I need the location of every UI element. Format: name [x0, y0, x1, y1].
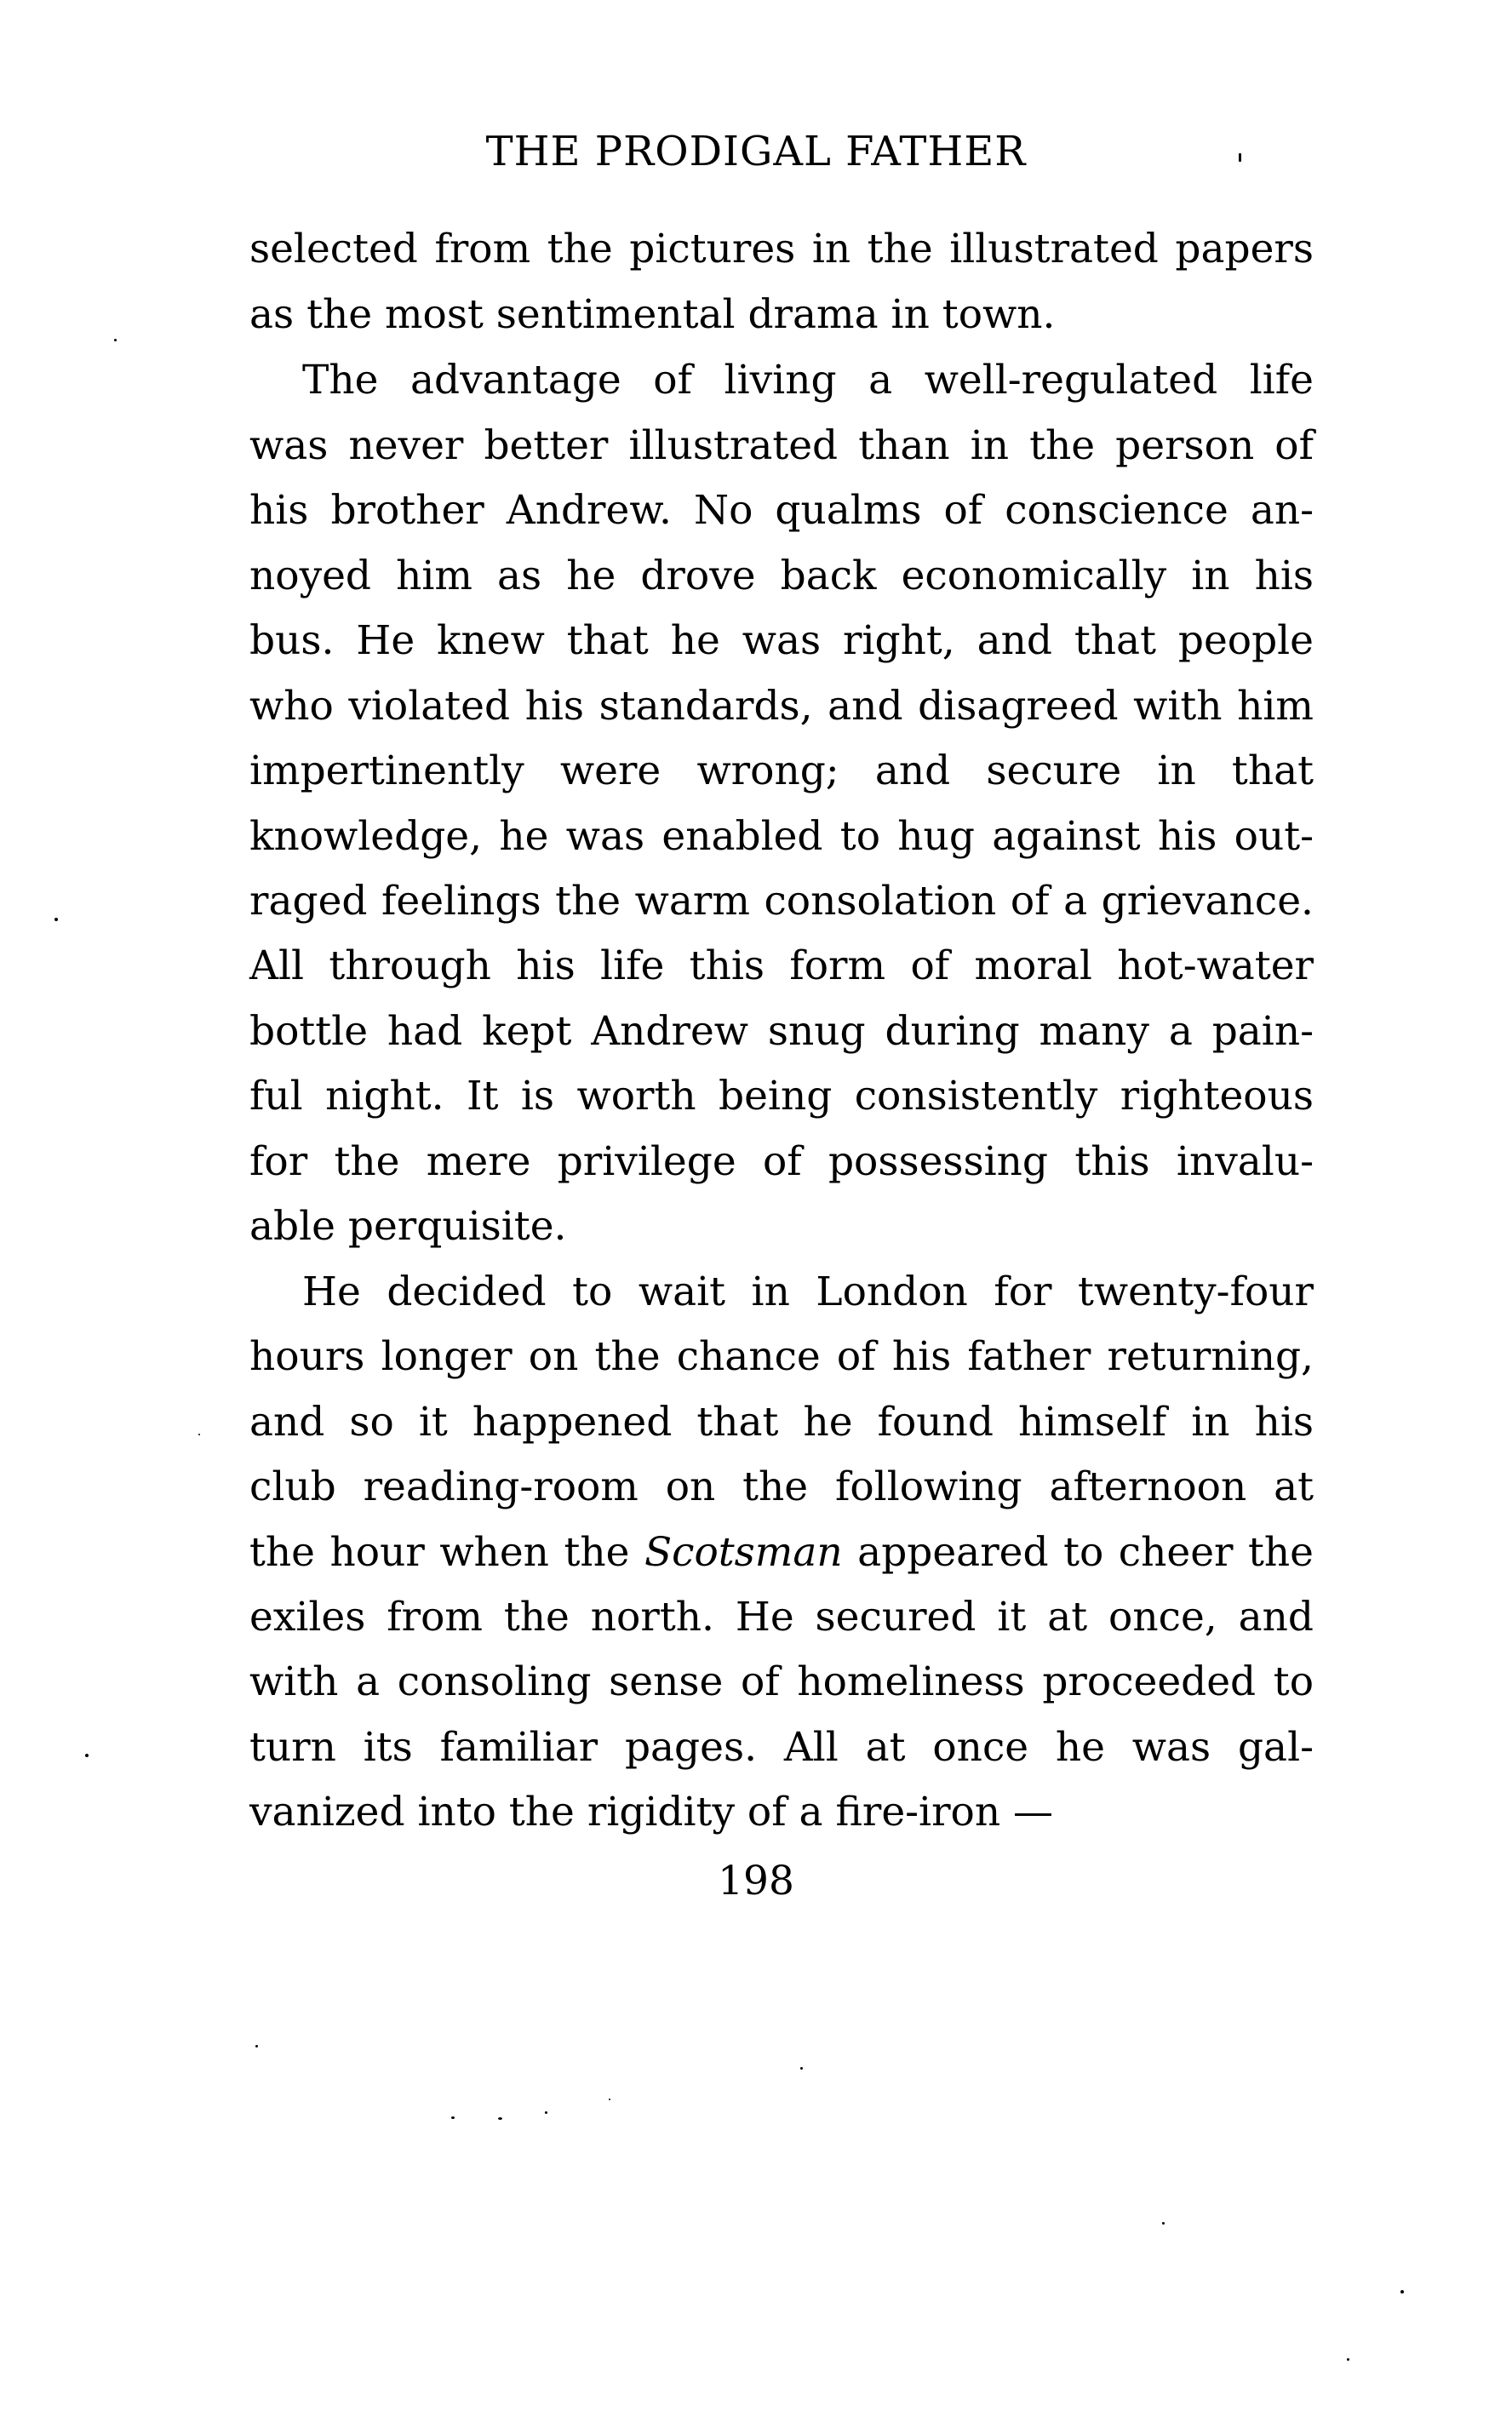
text-line: turn its familiar pages. All at once he …: [249, 1718, 1314, 1778]
text-line: impertinently were wrong; and secure in …: [249, 742, 1314, 801]
text-line: exiles from the north. He secured it at …: [249, 1588, 1314, 1647]
scan-speck: [85, 1754, 89, 1757]
scan-speck: [1347, 2358, 1349, 2361]
text-line: as the most sentimental drama in town.: [249, 285, 1314, 345]
text-line: for the mere privilege of possessing thi…: [249, 1132, 1314, 1192]
text-line: raged feelings the warm consolation of a…: [249, 872, 1314, 931]
text-line: with a consoling sense of homeliness pro…: [249, 1652, 1314, 1712]
text-line: ful night. It is worth being consistentl…: [249, 1067, 1314, 1126]
scan-speck: [198, 1434, 200, 1435]
text-line: vanized into the rigidity of a fire-iron…: [249, 1783, 1314, 1842]
page-number: 198: [0, 1856, 1512, 1907]
scan-speck: [54, 918, 58, 921]
text-line: club reading-room on the following after…: [249, 1457, 1314, 1517]
text-line: noyed him as he drove back economically …: [249, 547, 1314, 606]
text-line: able perquisite.: [249, 1197, 1314, 1257]
scan-speck: [609, 2099, 610, 2100]
paragraph-start-line: He decided to wait in London for twenty-…: [249, 1263, 1314, 1322]
scan-speck: [1400, 2290, 1404, 2294]
text-line: selected from the pictures in the illust…: [249, 220, 1314, 279]
text-line: knowledge, he was enabled to hug against…: [249, 807, 1314, 867]
paragraph-start-line: The advantage of living a well-regulated…: [249, 351, 1314, 410]
text-line: bus. He knew that he was right, and that…: [249, 611, 1314, 671]
scan-speck: [800, 2067, 803, 2070]
scan-speck: [498, 2117, 502, 2120]
scan-speck: [1239, 153, 1241, 162]
scan-speck: [1162, 2222, 1165, 2225]
running-head: THE PRODIGAL FATHER: [0, 128, 1512, 175]
text-line: his brother Andrew. No qualms of conscie…: [249, 481, 1314, 541]
text-line: who violated his standards, and disagree…: [249, 677, 1314, 736]
scan-speck: [255, 2045, 258, 2047]
text-line: bottle had kept Andrew snug during many …: [249, 1002, 1314, 1062]
text-line: hours longer on the chance of his father…: [249, 1327, 1314, 1387]
book-page: THE PRODIGAL FATHER selected from the pi…: [0, 0, 1512, 2411]
text-line: was never better illustrated than in the…: [249, 416, 1314, 476]
newspaper-title: Scotsman: [644, 1529, 843, 1576]
text-line: the hour when the Scotsman appeared to c…: [249, 1523, 1314, 1583]
text-line: and so it happened that he found himself…: [249, 1393, 1314, 1452]
scan-speck: [545, 2111, 547, 2114]
scan-speck: [451, 2116, 455, 2119]
text-line: All through his life this form of moral …: [249, 936, 1314, 996]
scan-speck: [114, 339, 117, 341]
